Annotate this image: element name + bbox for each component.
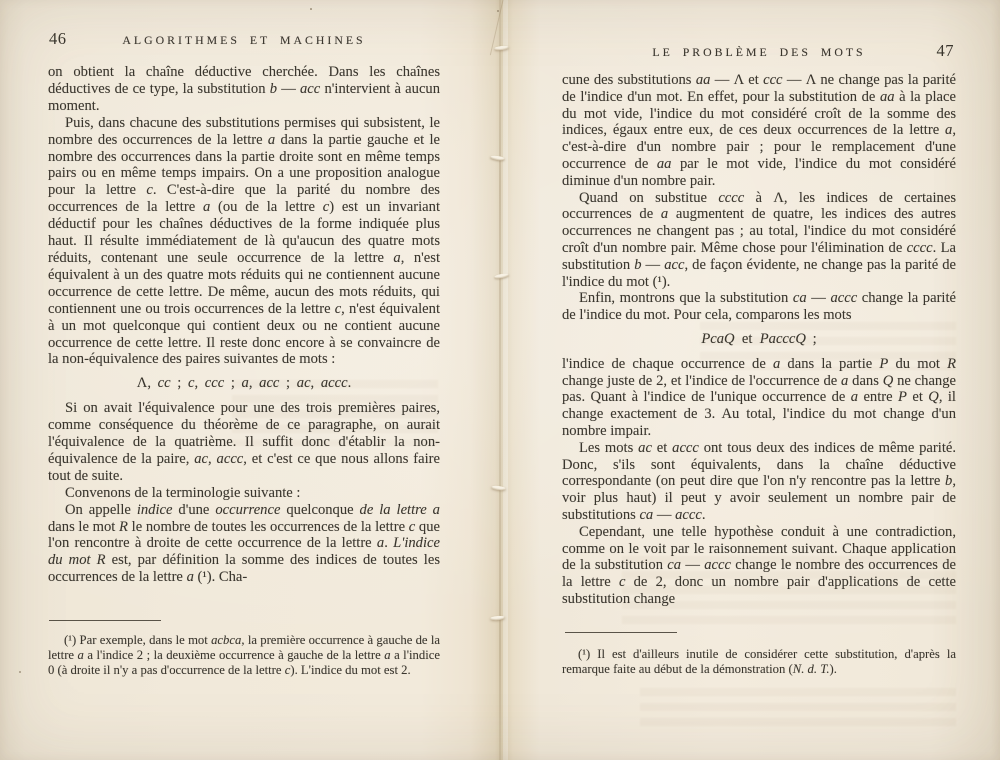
text-run: . <box>348 375 352 391</box>
text-run: , <box>194 375 204 391</box>
text-run: (¹) Par exemple, dans le mot <box>64 633 211 647</box>
paragraph: Convenons de la terminologie suivante : <box>48 485 440 502</box>
italic-run: de la lettre a <box>360 502 440 518</box>
italic-run: ca <box>667 557 681 573</box>
text-run: le nombre de toutes les occurrences de l… <box>128 519 409 535</box>
page-number: 47 <box>937 41 955 61</box>
paragraph: Cependant, une telle hypothèse conduit à… <box>562 524 956 608</box>
italic-run: ca <box>793 290 807 306</box>
paragraph: l'indice de chaque occurrence de a dans … <box>562 356 956 440</box>
text-run: l'indice de chaque occurrence de <box>562 356 773 372</box>
italic-run: accc <box>704 557 731 573</box>
italic-run: R <box>947 356 956 372</box>
italic-run: a <box>393 250 400 266</box>
footnote: (¹) Il est d'ailleurs inutile de considé… <box>562 647 956 677</box>
italic-run: ca <box>639 507 653 523</box>
running-title: ALGORITHMES ET MACHINES <box>48 31 440 48</box>
italic-run: a <box>242 375 249 391</box>
italic-run: ccc <box>205 375 224 391</box>
scanned-book-spread: { "colors": { "paper": "#f1e9da", "ink":… <box>0 0 1000 760</box>
text-run: — <box>277 81 300 97</box>
italic-run: PacccQ <box>760 331 806 347</box>
paragraph: (¹) Il est d'ailleurs inutile de considé… <box>562 647 956 677</box>
italic-run: ccc <box>763 72 782 88</box>
page-header-left: 46 ALGORITHMES ET MACHINES <box>48 31 440 48</box>
italic-run: P <box>879 356 888 372</box>
text-run: dans le mot <box>48 519 119 535</box>
paragraph: cune des substitutions aa — Λ et ccc — Λ… <box>562 72 956 190</box>
italic-run: R <box>119 519 128 535</box>
text-run: (ou de la lettre <box>210 199 322 215</box>
text-run: — <box>641 257 664 273</box>
italic-run: cc <box>158 375 171 391</box>
text-run: change juste de 2, et l'indice de l'occu… <box>562 373 841 389</box>
italic-run: acc <box>259 375 279 391</box>
text-run: , <box>311 375 321 391</box>
italic-run: aa <box>880 89 895 105</box>
text-run: ; <box>171 375 188 391</box>
text-run: — <box>653 507 675 523</box>
text-run: ; <box>224 375 241 391</box>
text-run: quelconque <box>280 502 359 518</box>
page-header-right: LE PROBLÈME DES MOTS 47 <box>562 43 956 60</box>
italic-run: cccc <box>718 190 744 206</box>
text-run: Les mots <box>579 440 638 456</box>
page-body: cune des substitutions aa — Λ et ccc — Λ… <box>562 72 956 608</box>
text-run: dans <box>848 373 882 389</box>
italic-run: PcaQ <box>701 331 734 347</box>
italic-run: Q <box>883 373 894 389</box>
italic-run: acc <box>664 257 684 273</box>
page-number: 46 <box>49 29 67 49</box>
display-formula: Λ, cc ; c, ccc ; a, acc ; ac, accc. <box>48 375 440 392</box>
italic-run: accc <box>321 375 348 391</box>
italic-run: acbca <box>211 633 241 647</box>
text-run: d'une <box>172 502 215 518</box>
page-right: LE PROBLÈME DES MOTS 47 cune des substit… <box>562 0 956 760</box>
text-run: — Λ et <box>710 72 763 88</box>
text-run: ; <box>279 375 296 391</box>
italic-run: N. d. T. <box>793 662 830 676</box>
text-run: du mot <box>888 356 947 372</box>
text-run: Λ, <box>137 375 158 391</box>
italic-run: a <box>851 389 858 405</box>
dust-speck <box>19 671 21 673</box>
paragraph: Puis, dans chacune des substitutions per… <box>48 115 440 369</box>
italic-run: ac <box>297 375 311 391</box>
italic-run: indice <box>137 502 173 518</box>
text-run: . <box>702 507 706 523</box>
binding-highlight <box>503 0 508 760</box>
paragraph: Enfin, montrons que la substitution ca —… <box>562 290 956 324</box>
italic-run: accc <box>830 290 857 306</box>
text-run: (¹) Il est d'ailleurs inutile de considé… <box>562 647 956 676</box>
paragraph: Les mots ac et accc ont tous deux des in… <box>562 440 956 524</box>
text-run: ). L'indice du mot est 2. <box>290 663 410 677</box>
italic-run: acc <box>300 81 320 97</box>
binding-crease <box>499 0 501 760</box>
italic-run: accc <box>217 451 244 467</box>
text-run: Quand on substitue <box>579 190 718 206</box>
italic-run: Q <box>928 389 939 405</box>
binding-gutter <box>440 0 560 760</box>
italic-run: cccc <box>907 240 933 256</box>
paragraph: Si on avait l'équivalence pour une des t… <box>48 400 440 485</box>
text-run: , <box>249 375 259 391</box>
text-run: . <box>384 535 393 551</box>
text-run: et <box>735 331 760 347</box>
text-run: entre <box>858 389 898 405</box>
text-run: Convenons de la terminologie suivante : <box>65 485 300 501</box>
text-run: — <box>807 290 831 306</box>
italic-run: ac <box>194 451 208 467</box>
italic-run: a <box>187 569 194 585</box>
footnote-rule <box>49 620 161 621</box>
italic-run: P <box>898 389 907 405</box>
italic-run: aa <box>696 72 711 88</box>
paragraph: on obtient la chaîne déductive cherchée.… <box>48 64 440 115</box>
text-run: et <box>652 440 672 456</box>
paragraph: Quand on substitue cccc à Λ, les indices… <box>562 190 956 291</box>
paragraph: (¹) Par exemple, dans le mot acbca, la p… <box>48 633 440 678</box>
page-left: 46 ALGORITHMES ET MACHINES on obtient la… <box>48 0 440 760</box>
paragraph: On appelle indice d'une occurrence quelc… <box>48 502 440 587</box>
display-formula: PcaQ et PacccQ ; <box>562 331 956 348</box>
italic-run: accc <box>672 440 699 456</box>
text-run: , <box>208 451 217 467</box>
italic-run: b <box>270 81 277 97</box>
text-run: dans la partie <box>780 356 879 372</box>
text-run: cune des substitutions <box>562 72 696 88</box>
running-title: LE PROBLÈME DES MOTS <box>562 43 956 60</box>
text-run: ). <box>830 662 837 676</box>
text-run: a l'indice 2 ; la deuxième occurrence à … <box>84 648 384 662</box>
text-run: — <box>681 557 704 573</box>
italic-run: accc <box>675 507 702 523</box>
text-run: On appelle <box>65 502 137 518</box>
text-run: Enfin, montrons que la substitution <box>579 290 793 306</box>
dust-speck <box>310 8 312 10</box>
text-run: (¹). Cha- <box>194 569 247 585</box>
footnote: (¹) Par exemple, dans le mot acbca, la p… <box>48 633 440 678</box>
text-run: ; <box>806 331 817 347</box>
text-run: et <box>907 389 928 405</box>
italic-run: aa <box>657 156 672 172</box>
page-body: on obtient la chaîne déductive cherchée.… <box>48 64 440 586</box>
italic-run: ac <box>638 440 652 456</box>
footnote-rule <box>565 632 677 633</box>
italic-run: occurrence <box>215 502 280 518</box>
